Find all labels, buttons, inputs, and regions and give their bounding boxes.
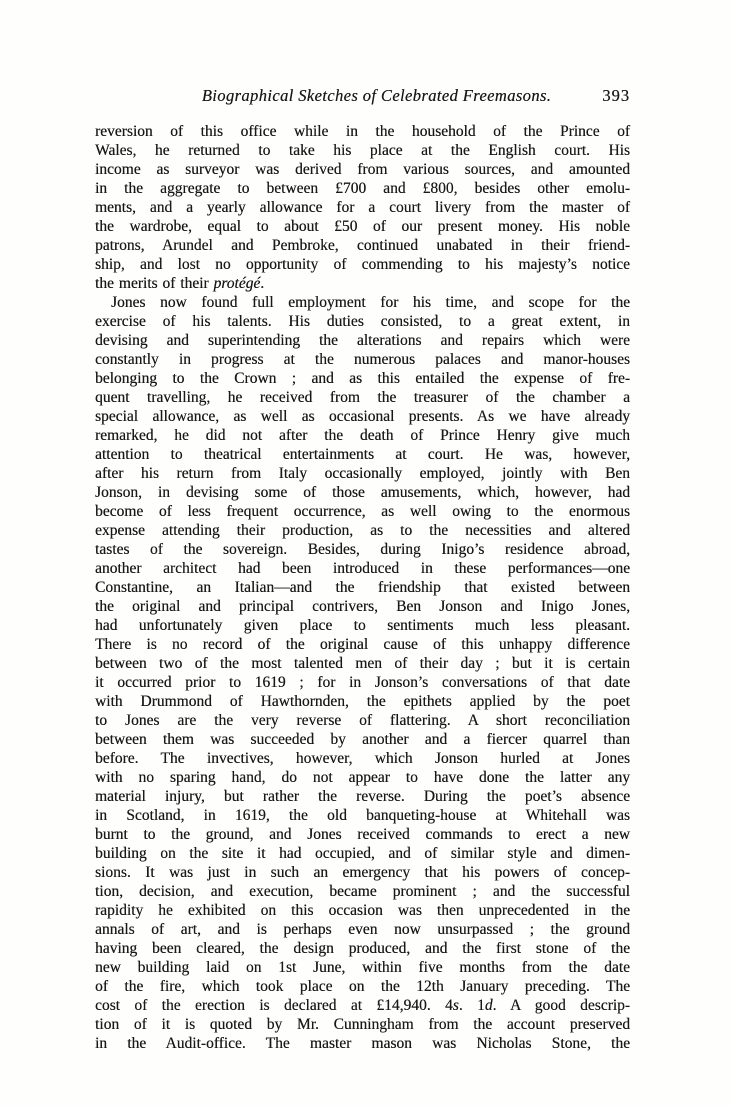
text-line: in the Audit-office. The master mason wa… (95, 1034, 630, 1053)
text-line: remarked, he did not after the death of … (95, 426, 630, 445)
text-line: Constantine, an Italian—and the friendsh… (95, 578, 630, 597)
text-line: new building laid on 1st June, within fi… (95, 958, 630, 977)
text-line: constantly in progress at the numerous p… (95, 350, 630, 369)
text-line: tastes of the sovereign. Besides, during… (95, 540, 630, 559)
text-line: income as surveyor was derived from vari… (95, 160, 630, 179)
text-line: expense attending their production, as t… (95, 521, 630, 540)
paragraph: Jones now found full employment for his … (95, 293, 630, 1053)
text-line: with Drummond of Hawthornden, the epithe… (95, 692, 630, 711)
text-line: Jonson, in devising some of those amusem… (95, 483, 630, 502)
text-line: attention to theatrical entertainments a… (95, 445, 630, 464)
text-line: tion, decision, and execution, became pr… (95, 882, 630, 901)
text-line: building on the site it had occupied, an… (95, 844, 630, 863)
text-line: cost of the erection is declared at £14,… (95, 996, 630, 1015)
text-line: before. The invectives, however, which J… (95, 749, 630, 768)
page-number: 393 (602, 86, 630, 106)
text-line: There is no record of the original cause… (95, 635, 630, 654)
text-line: between two of the most talented men of … (95, 654, 630, 673)
text-line: reversion of this office while in the ho… (95, 122, 630, 141)
text-line: the original and principal contrivers, B… (95, 597, 630, 616)
text-line: sions. It was just in such an emergency … (95, 863, 630, 882)
paragraph: reversion of this office while in the ho… (95, 122, 630, 293)
running-header: Biographical Sketches of Celebrated Free… (95, 86, 630, 108)
text-line: quent travelling, he received from the t… (95, 388, 630, 407)
text-line: rapidity he exhibited on this occasion w… (95, 901, 630, 920)
text-line: tion of it is quoted by Mr. Cunningham f… (95, 1015, 630, 1034)
text-line: devising and superintending the alterati… (95, 331, 630, 350)
text-line: with no sparing hand, do not appear to h… (95, 768, 630, 787)
body-text: reversion of this office while in the ho… (95, 122, 630, 1053)
running-title: Biographical Sketches of Celebrated Free… (109, 86, 644, 106)
text-line: annals of art, and is perhaps even now u… (95, 920, 630, 939)
text-line: exercise of his talents. His duties cons… (95, 312, 630, 331)
text-line: in Scotland, in 1619, the old banqueting… (95, 806, 630, 825)
text-line: had unfortunately given place to sentime… (95, 616, 630, 635)
text-line: the merits of their protégé. (95, 274, 630, 293)
text-line: become of less frequent occurrence, as w… (95, 502, 630, 521)
text-line: material injury, but rather the reverse.… (95, 787, 630, 806)
text-line: special allowance, as well as occasional… (95, 407, 630, 426)
text-line: it occurred prior to 1619 ; for in Jonso… (95, 673, 630, 692)
text-line: of the fire, which took place on the 12t… (95, 977, 630, 996)
text-line: belonging to the Crown ; and as this ent… (95, 369, 630, 388)
book-page: Biographical Sketches of Celebrated Free… (0, 0, 731, 1106)
text-line: in the aggregate to between £700 and £80… (95, 179, 630, 198)
text-line: Wales, he returned to take his place at … (95, 141, 630, 160)
text-line: having been cleared, the design produced… (95, 939, 630, 958)
text-line: Jones now found full employment for his … (95, 293, 630, 312)
text-line: the wardrobe, equal to about £50 of our … (95, 217, 630, 236)
text-line: to Jones are the very reverse of flatter… (95, 711, 630, 730)
text-line: between them was succeeded by another an… (95, 730, 630, 749)
text-line: ments, and a yearly allowance for a cour… (95, 198, 630, 217)
text-line: ship, and lost no opportunity of commend… (95, 255, 630, 274)
text-line: another architect had been introduced in… (95, 559, 630, 578)
text-line: after his return from Italy occasionally… (95, 464, 630, 483)
text-line: burnt to the ground, and Jones received … (95, 825, 630, 844)
text-line: patrons, Arundel and Pembroke, continued… (95, 236, 630, 255)
